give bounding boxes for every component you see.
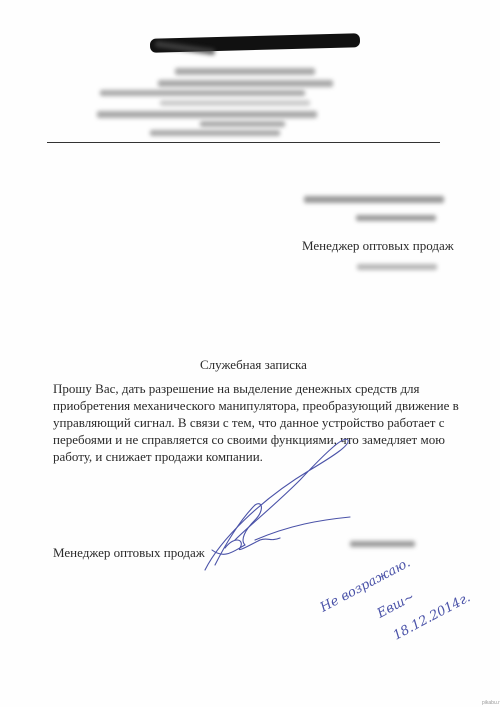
- watermark: pikabu.ru: [482, 700, 500, 706]
- resolution-handwriting: Не возражаю. Евш~ 18.12.2014г.: [317, 555, 473, 643]
- svg-text:Евш~: Евш~: [374, 589, 417, 622]
- memo-page: Менеджер оптовых продаж Служебная записк…: [0, 0, 500, 707]
- handwriting-layer: Не возражаю. Евш~ 18.12.2014г.: [0, 0, 500, 707]
- signature-icon: [205, 439, 350, 570]
